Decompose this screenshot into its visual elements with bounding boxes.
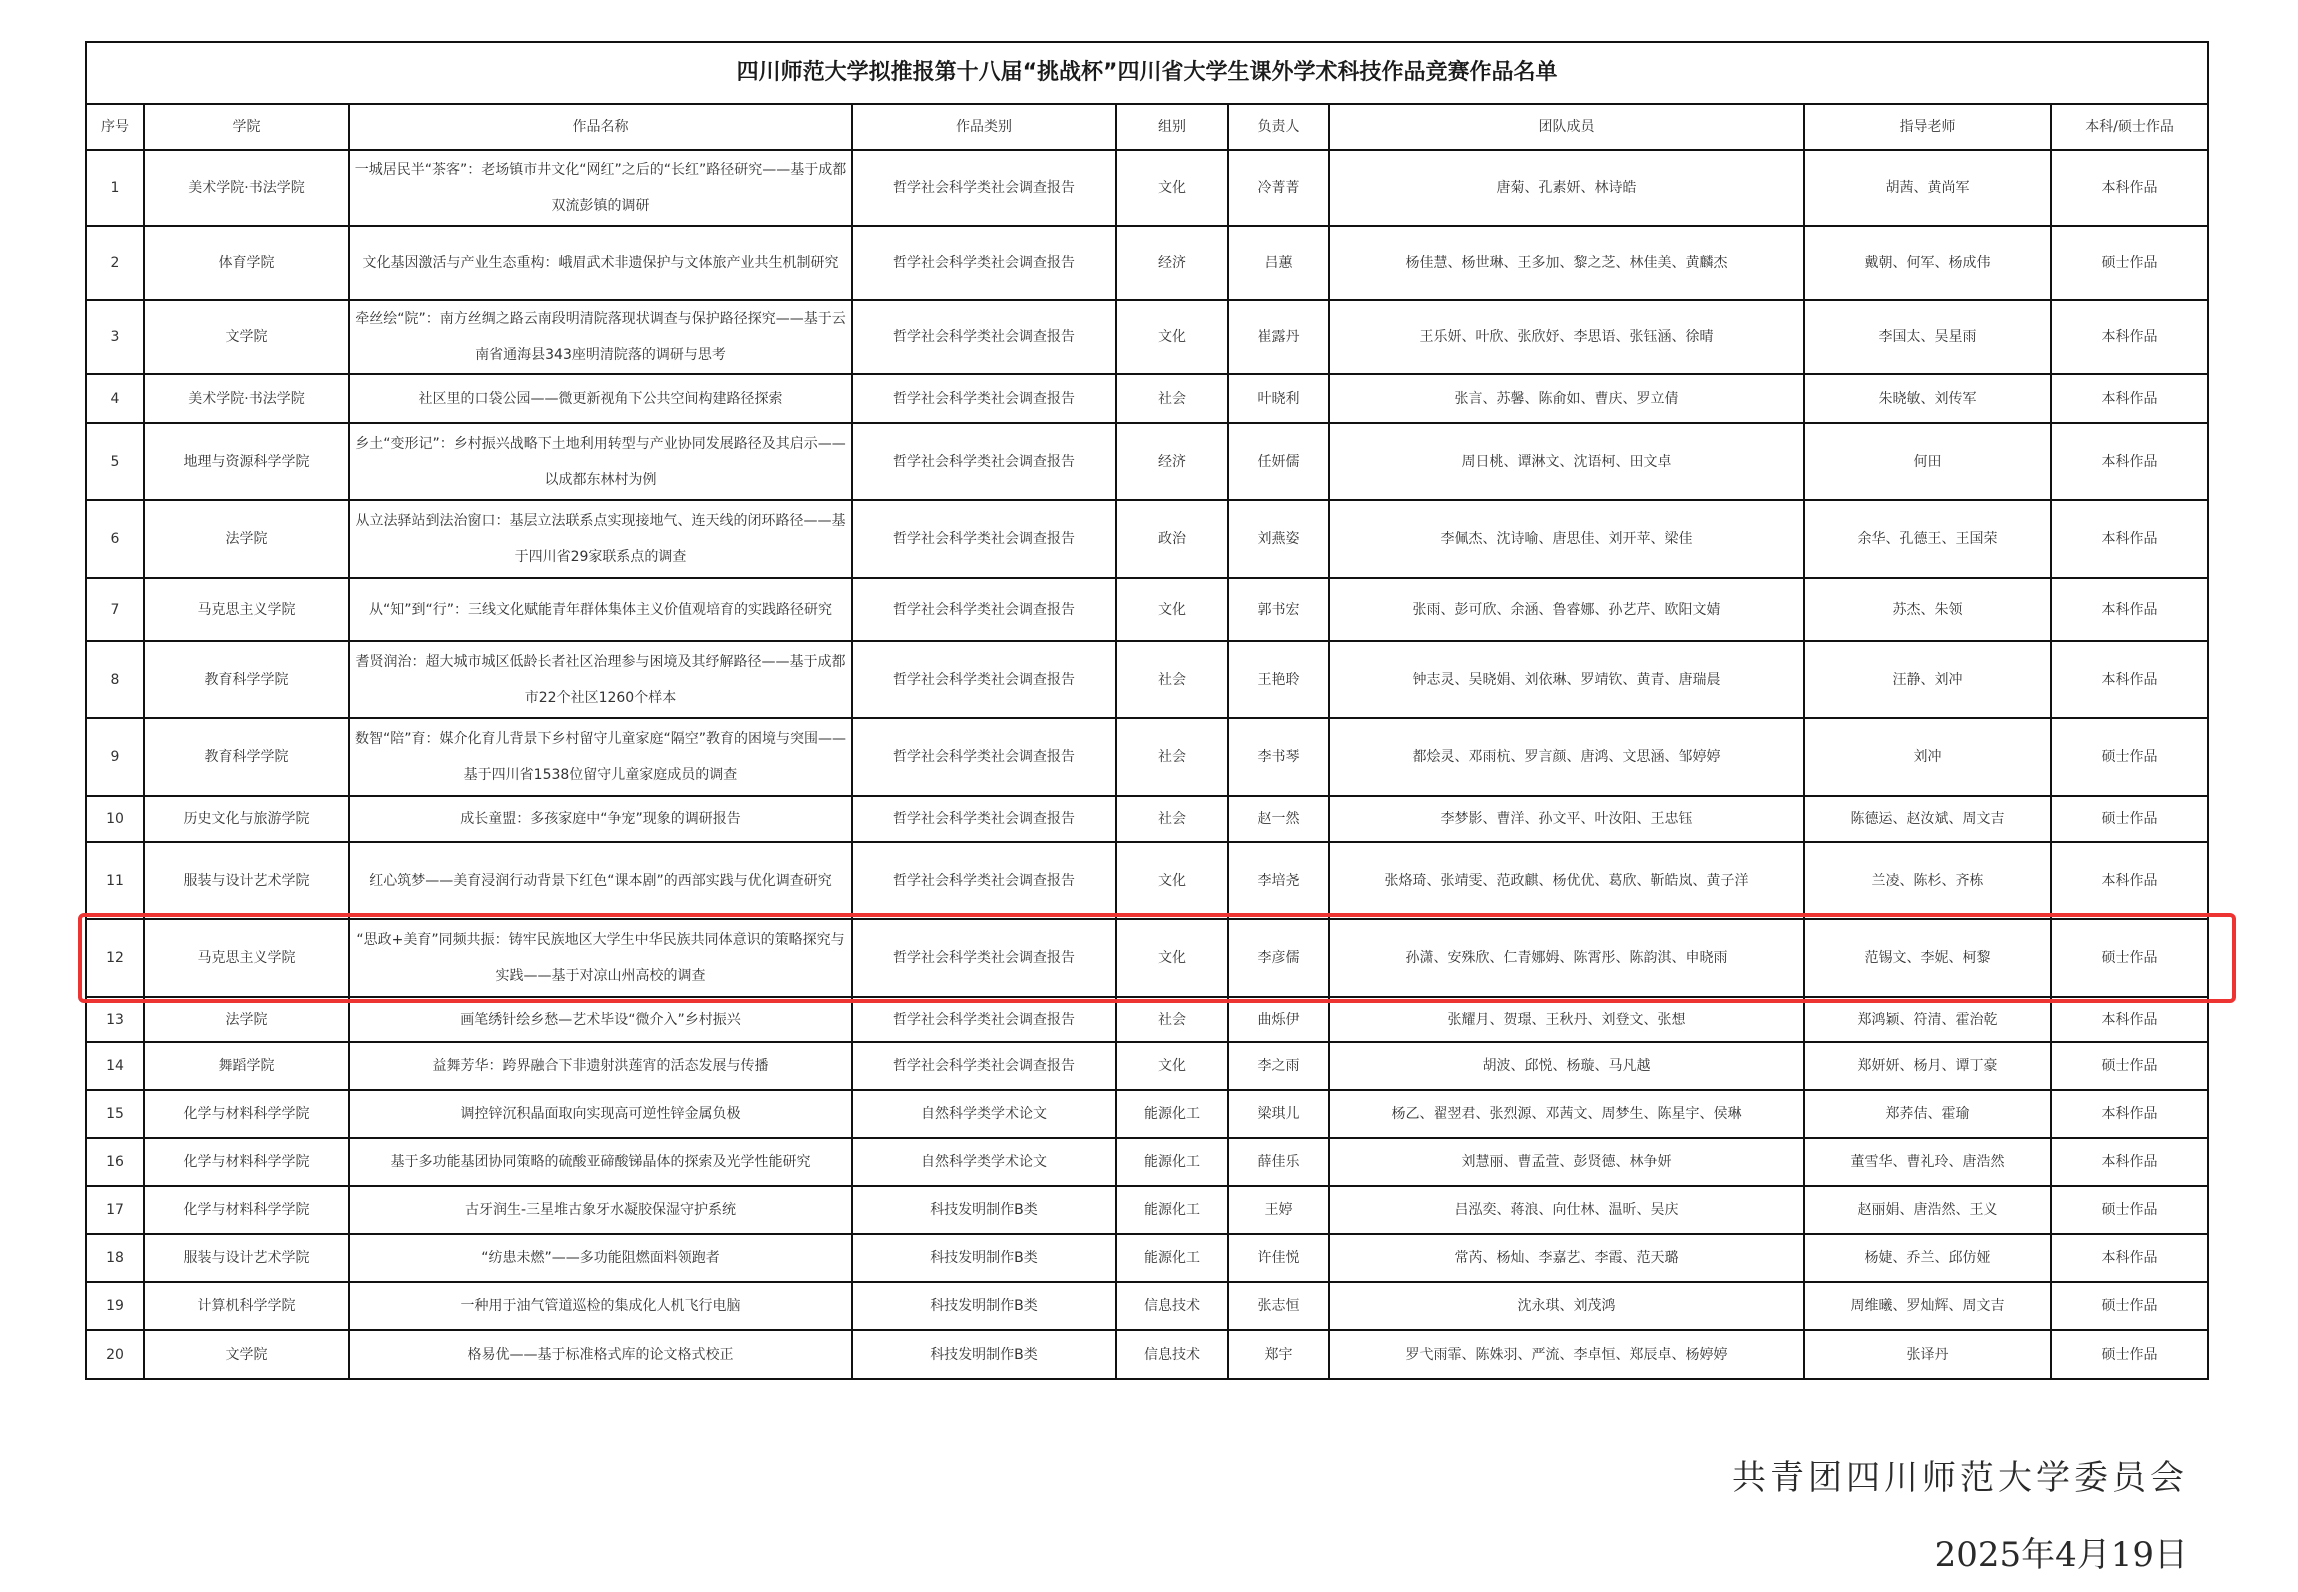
row-number: 6: [86, 500, 144, 578]
members-cell: 沈永琪、刘茂鸿: [1329, 1282, 1804, 1330]
row-number: 13: [86, 997, 144, 1042]
level-cell: 硕士作品: [2051, 226, 2208, 300]
row-number: 17: [86, 1186, 144, 1234]
col-header-members: 团队成员: [1329, 104, 1804, 150]
leader-cell: 刘燕姿: [1228, 500, 1329, 578]
advisors-cell: 胡茜、黄尚军: [1804, 150, 2051, 226]
project-name-cell: 格易优——基于标准格式库的论文格式校正: [349, 1330, 852, 1379]
table-row: 7马克思主义学院从“知”到“行”：三线文化赋能青年群体集体主义价值观培育的实践路…: [86, 578, 2208, 641]
level-cell: 硕士作品: [2051, 1186, 2208, 1234]
col-header-group: 组别: [1116, 104, 1228, 150]
level-cell: 本科作品: [2051, 997, 2208, 1042]
category-cell: 哲学社会科学类社会调查报告: [852, 374, 1116, 423]
advisors-cell: 何田: [1804, 423, 2051, 500]
project-name-cell: 益舞芳华：跨界融合下非遗射洪莲宵的活态发展与传播: [349, 1042, 852, 1090]
college-cell: 教育科学学院: [144, 641, 349, 718]
table-row: 1美术学院·书法学院一城居民半“茶客”：老场镇市井文化“网红”之后的“长红”路径…: [86, 150, 2208, 226]
group-cell: 信息技术: [1116, 1282, 1228, 1330]
table-body: 1美术学院·书法学院一城居民半“茶客”：老场镇市井文化“网红”之后的“长红”路径…: [86, 150, 2208, 1379]
advisors-cell: 范锡文、李妮、柯黎: [1804, 919, 2051, 997]
level-cell: 本科作品: [2051, 374, 2208, 423]
members-cell: 吕泓奕、蒋浪、向仕林、温昕、吴庆: [1329, 1186, 1804, 1234]
table-row: 19计算机科学学院一种用于油气管道巡检的集成化人机飞行电脑科技发明制作B类信息技…: [86, 1282, 2208, 1330]
table-row: 6法学院从立法驿站到法治窗口：基层立法联系点实现接地气、连天线的闭环路径——基于…: [86, 500, 2208, 578]
group-cell: 文化: [1116, 578, 1228, 641]
college-cell: 地理与资源科学学院: [144, 423, 349, 500]
group-cell: 文化: [1116, 150, 1228, 226]
submission-list-table: 四川师范大学拟推报第十八届“挑战杯”四川省大学生课外学术科技作品竞赛作品名单 序…: [85, 41, 2209, 1380]
table-row: 8教育科学学院耆贤润治：超大城市城区低龄长者社区治理参与困境及其纾解路径——基于…: [86, 641, 2208, 718]
advisors-cell: 余华、孔德王、王国荣: [1804, 500, 2051, 578]
advisors-cell: 杨婕、乔兰、邱仿娅: [1804, 1234, 2051, 1282]
group-cell: 社会: [1116, 641, 1228, 718]
row-number: 5: [86, 423, 144, 500]
level-cell: 本科作品: [2051, 300, 2208, 374]
group-cell: 能源化工: [1116, 1090, 1228, 1138]
project-name-cell: 从立法驿站到法治窗口：基层立法联系点实现接地气、连天线的闭环路径——基于四川省2…: [349, 500, 852, 578]
group-cell: 文化: [1116, 1042, 1228, 1090]
category-cell: 哲学社会科学类社会调查报告: [852, 500, 1116, 578]
category-cell: 哲学社会科学类社会调查报告: [852, 842, 1116, 919]
group-cell: 社会: [1116, 374, 1228, 423]
group-cell: 社会: [1116, 718, 1228, 796]
row-number: 8: [86, 641, 144, 718]
leader-cell: 崔露丹: [1228, 300, 1329, 374]
advisors-cell: 苏杰、朱领: [1804, 578, 2051, 641]
col-header-no: 序号: [86, 104, 144, 150]
college-cell: 化学与材料科学学院: [144, 1090, 349, 1138]
project-name-cell: 成长童盟：多孩家庭中“争宠”现象的调研报告: [349, 796, 852, 842]
members-cell: 钟志灵、吴晓娟、刘依琳、罗靖钦、黄青、唐瑞晨: [1329, 641, 1804, 718]
advisors-cell: 戴朝、何军、杨成伟: [1804, 226, 2051, 300]
row-number: 10: [86, 796, 144, 842]
project-name-cell: “纺患未燃”——多功能阻燃面料领跑者: [349, 1234, 852, 1282]
level-cell: 本科作品: [2051, 842, 2208, 919]
project-name-cell: 牵丝绘“院”：南方丝绸之路云南段明清院落现状调查与保护路径探究——基于云南省通海…: [349, 300, 852, 374]
college-cell: 文学院: [144, 1330, 349, 1379]
college-cell: 马克思主义学院: [144, 578, 349, 641]
group-cell: 经济: [1116, 423, 1228, 500]
row-number: 7: [86, 578, 144, 641]
table-row: 4美术学院·书法学院社区里的口袋公园——微更新视角下公共空间构建路径探索哲学社会…: [86, 374, 2208, 423]
project-name-cell: 基于多功能基团协同策略的硫酸亚碲酸锑晶体的探索及光学性能研究: [349, 1138, 852, 1186]
category-cell: 科技发明制作B类: [852, 1330, 1116, 1379]
college-cell: 舞蹈学院: [144, 1042, 349, 1090]
level-cell: 硕士作品: [2051, 919, 2208, 997]
advisors-cell: 刘冲: [1804, 718, 2051, 796]
leader-cell: 薛佳乐: [1228, 1138, 1329, 1186]
advisors-cell: 周维曦、罗灿辉、周文吉: [1804, 1282, 2051, 1330]
leader-cell: 梁琪儿: [1228, 1090, 1329, 1138]
project-name-cell: 红心筑梦——美育浸润行动背景下红色“课本剧”的西部实践与优化调查研究: [349, 842, 852, 919]
advisors-cell: 兰凌、陈杉、齐栋: [1804, 842, 2051, 919]
college-cell: 法学院: [144, 997, 349, 1042]
advisors-cell: 郑荞佶、霍瑜: [1804, 1090, 2051, 1138]
college-cell: 计算机科学学院: [144, 1282, 349, 1330]
group-cell: 信息技术: [1116, 1330, 1228, 1379]
row-number: 9: [86, 718, 144, 796]
group-cell: 能源化工: [1116, 1138, 1228, 1186]
members-cell: 李佩杰、沈诗喻、唐思佳、刘开苹、梁佳: [1329, 500, 1804, 578]
category-cell: 哲学社会科学类社会调查报告: [852, 226, 1116, 300]
category-cell: 哲学社会科学类社会调查报告: [852, 718, 1116, 796]
college-cell: 化学与材料科学学院: [144, 1138, 349, 1186]
leader-cell: 任妍儒: [1228, 423, 1329, 500]
category-cell: 自然科学类学术论文: [852, 1090, 1116, 1138]
leader-cell: 李培尧: [1228, 842, 1329, 919]
table-row: 13法学院画笔绣针绘乡愁—艺术毕设“微介入”乡村振兴哲学社会科学类社会调查报告社…: [86, 997, 2208, 1042]
members-cell: 杨佳慧、杨世琳、王多加、黎之芝、林佳美、黄麟杰: [1329, 226, 1804, 300]
table-row: 9教育科学学院数智“陪”育：媒介化育儿背景下乡村留守儿童家庭“隔空”教育的困境与…: [86, 718, 2208, 796]
project-name-cell: 耆贤润治：超大城市城区低龄长者社区治理参与困境及其纾解路径——基于成都市22个社…: [349, 641, 852, 718]
leader-cell: 吕蕙: [1228, 226, 1329, 300]
row-number: 15: [86, 1090, 144, 1138]
group-cell: 社会: [1116, 796, 1228, 842]
category-cell: 哲学社会科学类社会调查报告: [852, 919, 1116, 997]
leader-cell: 冷菁菁: [1228, 150, 1329, 226]
col-header-name: 作品名称: [349, 104, 852, 150]
level-cell: 本科作品: [2051, 1234, 2208, 1282]
project-name-cell: 画笔绣针绘乡愁—艺术毕设“微介入”乡村振兴: [349, 997, 852, 1042]
row-number: 1: [86, 150, 144, 226]
row-number: 11: [86, 842, 144, 919]
college-cell: 服装与设计艺术学院: [144, 842, 349, 919]
table-row: 11服装与设计艺术学院红心筑梦——美育浸润行动背景下红色“课本剧”的西部实践与优…: [86, 842, 2208, 919]
table-row: 18服装与设计艺术学院“纺患未燃”——多功能阻燃面料领跑者科技发明制作B类能源化…: [86, 1234, 2208, 1282]
leader-cell: 叶晓利: [1228, 374, 1329, 423]
level-cell: 本科作品: [2051, 423, 2208, 500]
category-cell: 哲学社会科学类社会调查报告: [852, 300, 1116, 374]
members-cell: 刘慧丽、曹孟萱、彭贤德、林争妍: [1329, 1138, 1804, 1186]
project-name-cell: 数智“陪”育：媒介化育儿背景下乡村留守儿童家庭“隔空”教育的困境与突围——基于四…: [349, 718, 852, 796]
footer-date: 2025年4月19日: [1935, 1527, 2188, 1576]
category-cell: 科技发明制作B类: [852, 1282, 1116, 1330]
category-cell: 哲学社会科学类社会调查报告: [852, 150, 1116, 226]
members-cell: 张言、苏馨、陈俞如、曹庆、罗立倩: [1329, 374, 1804, 423]
members-cell: 杨乙、翟翌君、张烈源、邓茜文、周梦生、陈星宇、侯琳: [1329, 1090, 1804, 1138]
members-cell: 常芮、杨灿、李嘉艺、李霞、范天璐: [1329, 1234, 1804, 1282]
category-cell: 哲学社会科学类社会调查报告: [852, 423, 1116, 500]
advisors-cell: 董雪华、曹礼玲、唐浩然: [1804, 1138, 2051, 1186]
group-cell: 文化: [1116, 842, 1228, 919]
project-name-cell: 调控锌沉积晶面取向实现高可逆性锌金属负极: [349, 1090, 852, 1138]
advisors-cell: 赵丽娟、唐浩然、王义: [1804, 1186, 2051, 1234]
members-cell: 孙潇、安殊欣、仁青娜姆、陈霄彤、陈韵淇、申晓雨: [1329, 919, 1804, 997]
table-row: 15化学与材料科学学院调控锌沉积晶面取向实现高可逆性锌金属负极自然科学类学术论文…: [86, 1090, 2208, 1138]
college-cell: 美术学院·书法学院: [144, 150, 349, 226]
table-row: 14舞蹈学院益舞芳华：跨界融合下非遗射洪莲宵的活态发展与传播哲学社会科学类社会调…: [86, 1042, 2208, 1090]
row-number: 4: [86, 374, 144, 423]
row-number: 14: [86, 1042, 144, 1090]
college-cell: 教育科学学院: [144, 718, 349, 796]
project-name-cell: 社区里的口袋公园——微更新视角下公共空间构建路径探索: [349, 374, 852, 423]
level-cell: 本科作品: [2051, 150, 2208, 226]
row-number: 16: [86, 1138, 144, 1186]
college-cell: 化学与材料科学学院: [144, 1186, 349, 1234]
category-cell: 自然科学类学术论文: [852, 1138, 1116, 1186]
table-row: 5地理与资源科学学院乡土“变形记”：乡村振兴战略下土地利用转型与产业协同发展路径…: [86, 423, 2208, 500]
members-cell: 胡波、邱悦、杨璇、马凡越: [1329, 1042, 1804, 1090]
group-cell: 文化: [1116, 300, 1228, 374]
advisors-cell: 汪静、刘冲: [1804, 641, 2051, 718]
table-title: 四川师范大学拟推报第十八届“挑战杯”四川省大学生课外学术科技作品竞赛作品名单: [86, 42, 2208, 104]
members-cell: 罗弋雨霏、陈姝羽、严流、李卓恒、郑辰卓、杨婷婷: [1329, 1330, 1804, 1379]
table-row: 12马克思主义学院“思政+美育”同频共振：铸牢民族地区大学生中华民族共同体意识的…: [86, 919, 2208, 997]
level-cell: 硕士作品: [2051, 796, 2208, 842]
table-row: 2体育学院文化基因激活与产业生态重构：峨眉武术非遗保护与文体旅产业共生机制研究哲…: [86, 226, 2208, 300]
level-cell: 硕士作品: [2051, 1042, 2208, 1090]
level-cell: 本科作品: [2051, 578, 2208, 641]
level-cell: 本科作品: [2051, 641, 2208, 718]
col-header-leader: 负责人: [1228, 104, 1329, 150]
footer-organization: 共青团四川师范大学委员会: [1732, 1450, 2188, 1499]
leader-cell: 张志恒: [1228, 1282, 1329, 1330]
category-cell: 哲学社会科学类社会调查报告: [852, 796, 1116, 842]
group-cell: 社会: [1116, 997, 1228, 1042]
table-row: 16化学与材料科学学院基于多功能基团协同策略的硫酸亚碲酸锑晶体的探索及光学性能研…: [86, 1138, 2208, 1186]
category-cell: 哲学社会科学类社会调查报告: [852, 997, 1116, 1042]
leader-cell: 许佳悦: [1228, 1234, 1329, 1282]
row-number: 12: [86, 919, 144, 997]
advisors-cell: 张译丹: [1804, 1330, 2051, 1379]
members-cell: 张耀月、贺璟、王秋丹、刘登文、张想: [1329, 997, 1804, 1042]
row-number: 3: [86, 300, 144, 374]
leader-cell: 曲烁伊: [1228, 997, 1329, 1042]
col-header-college: 学院: [144, 104, 349, 150]
category-cell: 科技发明制作B类: [852, 1234, 1116, 1282]
level-cell: 本科作品: [2051, 1138, 2208, 1186]
advisors-cell: 郑鸿颖、符清、霍治乾: [1804, 997, 2051, 1042]
project-name-cell: 古牙润生-三星堆古象牙水凝胶保湿守护系统: [349, 1186, 852, 1234]
advisors-cell: 陈德运、赵汝斌、周文吉: [1804, 796, 2051, 842]
row-number: 18: [86, 1234, 144, 1282]
college-cell: 服装与设计艺术学院: [144, 1234, 349, 1282]
level-cell: 本科作品: [2051, 1090, 2208, 1138]
leader-cell: 郭书宏: [1228, 578, 1329, 641]
project-name-cell: 乡土“变形记”：乡村振兴战略下土地利用转型与产业协同发展路径及其启示——以成都东…: [349, 423, 852, 500]
leader-cell: 王婷: [1228, 1186, 1329, 1234]
leader-cell: 郑宇: [1228, 1330, 1329, 1379]
project-name-cell: 从“知”到“行”：三线文化赋能青年群体集体主义价值观培育的实践路径研究: [349, 578, 852, 641]
members-cell: 张雨、彭可欣、余涵、鲁睿娜、孙艺芹、欧阳文婧: [1329, 578, 1804, 641]
header-row: 序号 学院 作品名称 作品类别 组别 负责人 团队成员 指导老师 本科/硕士作品: [86, 104, 2208, 150]
leader-cell: 王艳聆: [1228, 641, 1329, 718]
college-cell: 马克思主义学院: [144, 919, 349, 997]
members-cell: 张烙琦、张靖雯、范政麒、杨优优、葛欣、靳皓岚、黄子洋: [1329, 842, 1804, 919]
members-cell: 都烩灵、邓雨杭、罗言颜、唐鸿、文思涵、邹婷婷: [1329, 718, 1804, 796]
college-cell: 体育学院: [144, 226, 349, 300]
members-cell: 周日桃、谭淋文、沈语柯、田文卓: [1329, 423, 1804, 500]
col-header-category: 作品类别: [852, 104, 1116, 150]
level-cell: 硕士作品: [2051, 718, 2208, 796]
project-name-cell: 一城居民半“茶客”：老场镇市井文化“网红”之后的“长红”路径研究——基于成都双流…: [349, 150, 852, 226]
project-name-cell: 文化基因激活与产业生态重构：峨眉武术非遗保护与文体旅产业共生机制研究: [349, 226, 852, 300]
row-number: 20: [86, 1330, 144, 1379]
college-cell: 文学院: [144, 300, 349, 374]
category-cell: 科技发明制作B类: [852, 1186, 1116, 1234]
members-cell: 唐菊、孔素妍、林诗皓: [1329, 150, 1804, 226]
members-cell: 李梦影、曹洋、孙文平、叶汝阳、王忠钰: [1329, 796, 1804, 842]
group-cell: 能源化工: [1116, 1234, 1228, 1282]
group-cell: 文化: [1116, 919, 1228, 997]
table-row: 20文学院格易优——基于标准格式库的论文格式校正科技发明制作B类信息技术郑宇罗弋…: [86, 1330, 2208, 1379]
college-cell: 法学院: [144, 500, 349, 578]
category-cell: 哲学社会科学类社会调查报告: [852, 1042, 1116, 1090]
college-cell: 历史文化与旅游学院: [144, 796, 349, 842]
leader-cell: 李之雨: [1228, 1042, 1329, 1090]
table-row: 17化学与材料科学学院古牙润生-三星堆古象牙水凝胶保湿守护系统科技发明制作B类能…: [86, 1186, 2208, 1234]
advisors-cell: 郑妍妍、杨月、谭丁豪: [1804, 1042, 2051, 1090]
group-cell: 政治: [1116, 500, 1228, 578]
leader-cell: 赵一然: [1228, 796, 1329, 842]
category-cell: 哲学社会科学类社会调查报告: [852, 641, 1116, 718]
advisors-cell: 李国太、吴星雨: [1804, 300, 2051, 374]
advisors-cell: 朱晓敏、刘传军: [1804, 374, 2051, 423]
category-cell: 哲学社会科学类社会调查报告: [852, 578, 1116, 641]
level-cell: 硕士作品: [2051, 1330, 2208, 1379]
leader-cell: 李书琴: [1228, 718, 1329, 796]
level-cell: 硕士作品: [2051, 1282, 2208, 1330]
project-name-cell: 一种用于油气管道巡检的集成化人机飞行电脑: [349, 1282, 852, 1330]
level-cell: 本科作品: [2051, 500, 2208, 578]
college-cell: 美术学院·书法学院: [144, 374, 349, 423]
members-cell: 王乐妍、叶欣、张欣妤、李思语、张钰涵、徐晴: [1329, 300, 1804, 374]
col-header-level: 本科/硕士作品: [2051, 104, 2208, 150]
project-name-cell: “思政+美育”同频共振：铸牢民族地区大学生中华民族共同体意识的策略探究与实践——…: [349, 919, 852, 997]
row-number: 19: [86, 1282, 144, 1330]
table-row: 3文学院牵丝绘“院”：南方丝绸之路云南段明清院落现状调查与保护路径探究——基于云…: [86, 300, 2208, 374]
table-row: 10历史文化与旅游学院成长童盟：多孩家庭中“争宠”现象的调研报告哲学社会科学类社…: [86, 796, 2208, 842]
leader-cell: 李彦儒: [1228, 919, 1329, 997]
row-number: 2: [86, 226, 144, 300]
group-cell: 经济: [1116, 226, 1228, 300]
col-header-advisors: 指导老师: [1804, 104, 2051, 150]
group-cell: 能源化工: [1116, 1186, 1228, 1234]
